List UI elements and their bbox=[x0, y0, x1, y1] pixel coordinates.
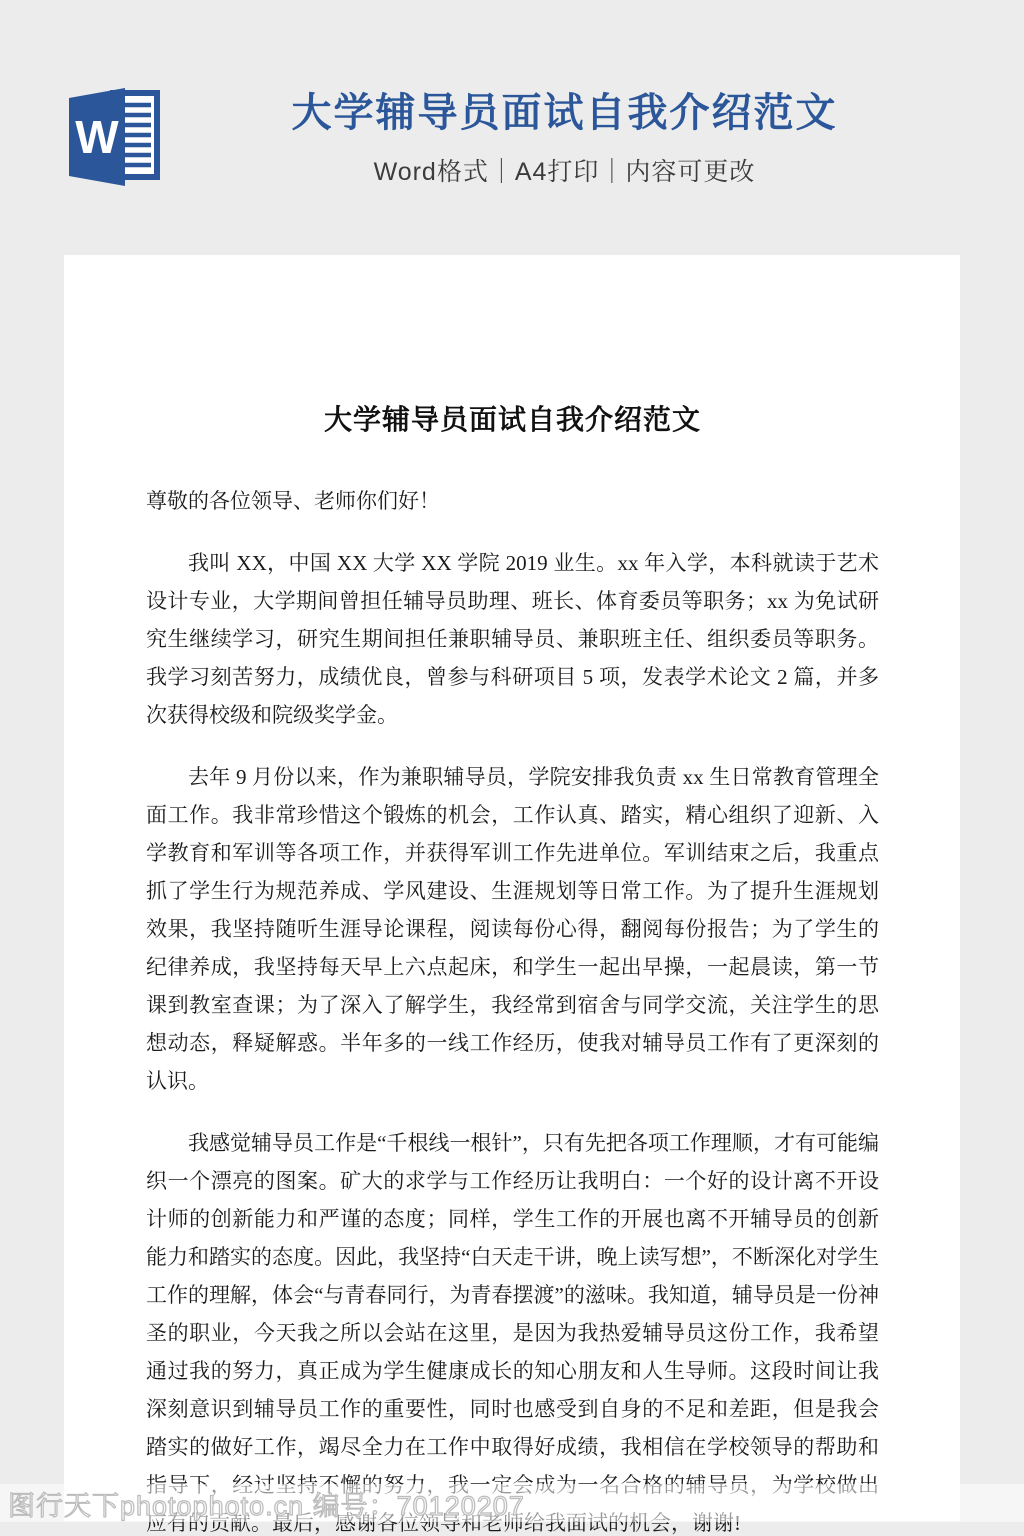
paragraph-3: 我感觉辅导员工作是“千根线一根针”，只有先把各项工作理顺，才有可能编织一个漂亮的… bbox=[146, 1124, 879, 1536]
word-icon-letter: W bbox=[75, 111, 119, 163]
document-title: 大学辅导员面试自我介绍范文 bbox=[146, 404, 879, 436]
greeting-line: 尊敬的各位领导、老师你们好！ bbox=[146, 482, 879, 520]
watermark-bar: 图行天下photophoto.cn 编号：70120207 bbox=[0, 1484, 1024, 1522]
page-subtitle: Word格式｜A4打印｜内容可更改 bbox=[165, 152, 964, 188]
document-page: 大学辅导员面试自我介绍范文 尊敬的各位领导、老师你们好！ 我叫 XX，中国 XX… bbox=[64, 255, 960, 1521]
page-background: { "header": { "title": "大学辅导员面试自我介绍范文", … bbox=[0, 0, 1024, 1536]
document-body: 尊敬的各位领导、老师你们好！ 我叫 XX，中国 XX 大学 XX 学院 2019… bbox=[146, 482, 879, 1536]
word-icon: W bbox=[63, 85, 163, 189]
header: 大学辅导员面试自我介绍范文 Word格式｜A4打印｜内容可更改 bbox=[165, 90, 964, 188]
word-logo-graphic: W bbox=[63, 85, 163, 189]
paragraph-1: 我叫 XX，中国 XX 大学 XX 学院 2019 业生。xx 年入学，本科就读… bbox=[146, 544, 879, 734]
word-icon-text-lines bbox=[123, 105, 151, 165]
page-title: 大学辅导员面试自我介绍范文 bbox=[165, 90, 964, 136]
watermark-text: 图行天下photophoto.cn 编号：70120207 bbox=[0, 1484, 525, 1523]
paragraph-2: 去年 9 月份以来，作为兼职辅导员，学院安排我负责 xx 生日常教育管理全面工作… bbox=[146, 758, 879, 1100]
